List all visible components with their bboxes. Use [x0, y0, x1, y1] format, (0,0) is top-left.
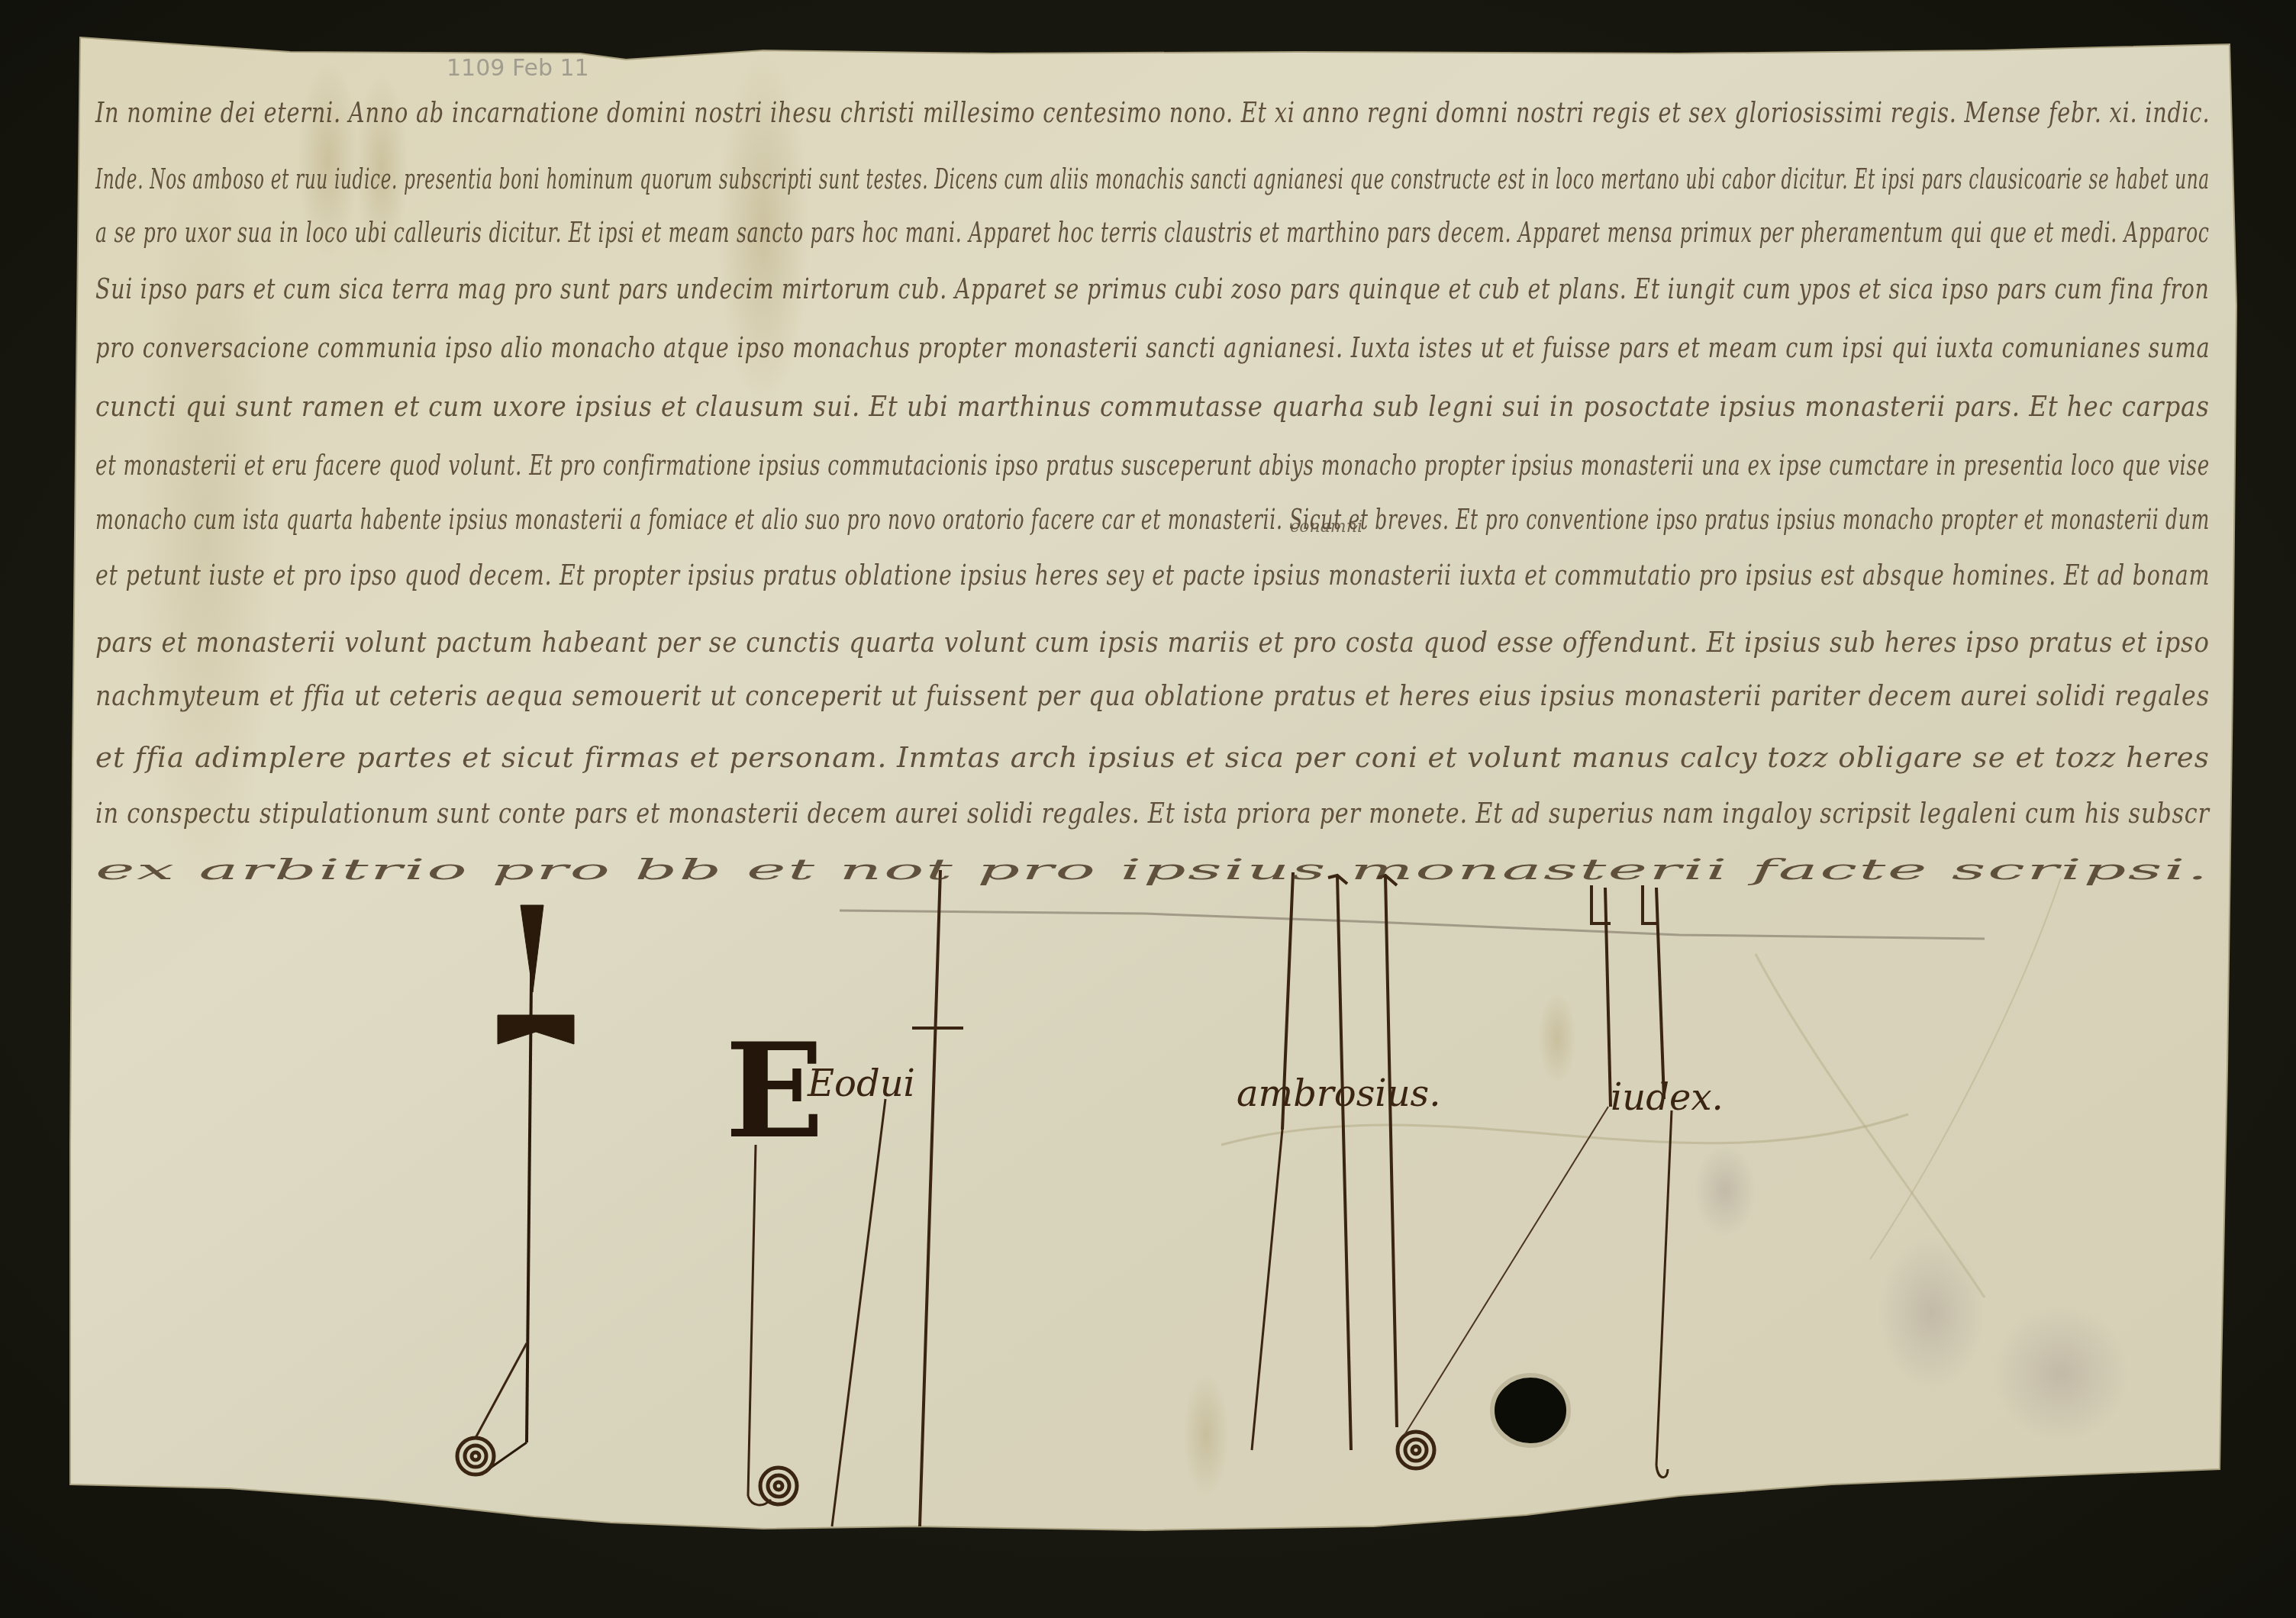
signature-ambrosius: ambrosius.: [1237, 1072, 1441, 1115]
text-line-6: cuncti qui sunt ramen et cum uxore ipsiu…: [95, 389, 2210, 423]
archival-date-note: 1109 Feb 11: [447, 55, 589, 82]
interlinear-gloss: conamni: [1290, 517, 1362, 537]
text-line-10: pars et monasterii volunt pactum habeant…: [95, 625, 2210, 659]
text-line-11: nachmyteum et ffia ut ceteris aequa semo…: [95, 678, 2210, 712]
text-line-8: monacho cum ista quarta habente ipsius m…: [95, 502, 2210, 536]
text-line-2: Inde. Nos amboso et ruu iudice. presenti…: [95, 162, 2210, 195]
signature-iudex: iudex.: [1611, 1076, 1724, 1119]
text-line-4: Sui ipso pars et cum sica terra mag pro …: [95, 272, 2210, 305]
text-line-12: et ffia adimplere partes et sicut firmas…: [95, 740, 2210, 774]
signature-eodui: Eodui: [808, 1062, 915, 1105]
text-line-3: a se pro uxor sua in loco ubi calleuris …: [95, 215, 2210, 249]
text-line-1: In nomine dei eterni. Anno ab incarnatio…: [95, 95, 2210, 129]
text-line-13: in conspectu stipulationum sunt conte pa…: [95, 796, 2210, 830]
parchment-sheet: 1109 Feb 11 In nomine dei eterni. Anno a…: [0, 0, 2296, 1618]
text-line-7: et monasterii et eru facere quod volunt.…: [95, 448, 2210, 482]
text-line-5: pro conversacione communia ipso alio mon…: [95, 330, 2210, 364]
text-line-9: et petunt iuste et pro ipso quod decem. …: [95, 558, 2210, 591]
text-line-14: ex arbitrio pro bb et not pro ipsius mon…: [95, 853, 2210, 886]
hole: [1492, 1375, 1569, 1446]
